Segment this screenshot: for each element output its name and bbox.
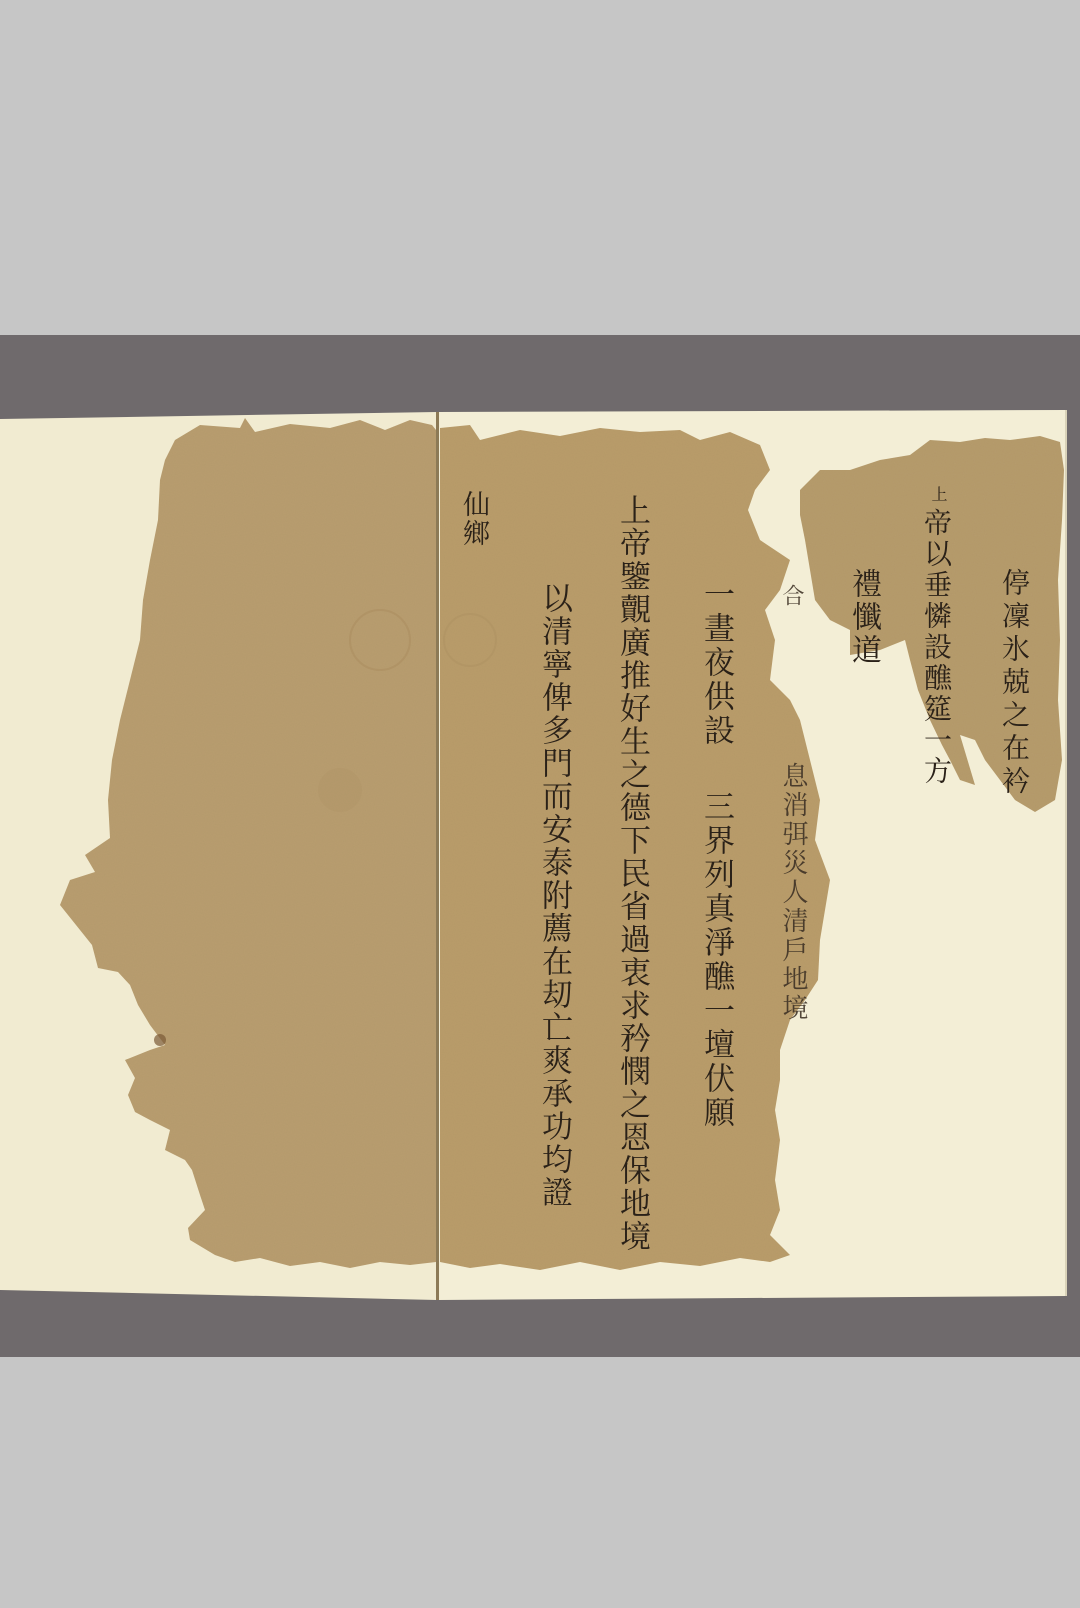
text-column-7a: 上 — [930, 486, 946, 505]
text-column-1: 仙鄉 — [460, 490, 487, 548]
text-column-4a: 一晝夜供設 — [700, 578, 731, 748]
text-column-4b: 三界列真淨醮一壇伏願 — [700, 790, 731, 1130]
text-column-5a: 合 — [780, 584, 802, 608]
text-column-2: 以清寧俾多門而安泰附薦在刧亡爽承功均證 — [538, 582, 569, 1209]
text-column-7b: 帝以垂憐設醮筵一方 — [922, 508, 950, 787]
page-fold — [436, 412, 439, 1300]
text-column-6: 禮懺道 — [848, 568, 878, 667]
text-column-3: 上帝鑒覿廣推好生之德下民省過衷求矜憫之恩保地境 — [616, 494, 647, 1253]
text-column-8: 停凜氷兢之在衿 — [1000, 568, 1028, 799]
text-column-5b: 息消弭災人清戶地境 — [780, 762, 806, 1023]
